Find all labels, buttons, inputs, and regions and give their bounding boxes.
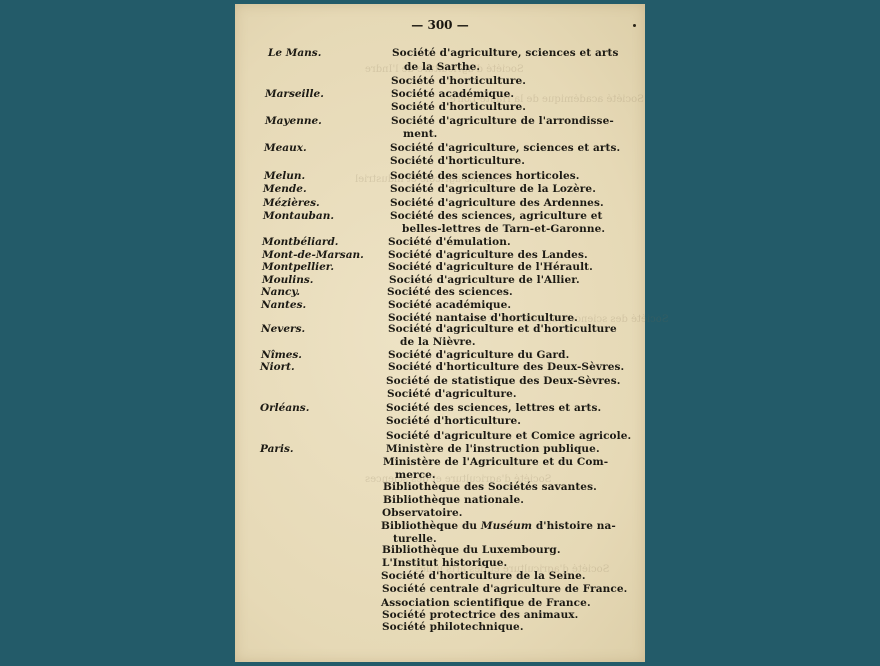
society-entry: L'Institut historique.	[382, 557, 507, 569]
city-name: Montauban.	[263, 210, 334, 222]
society-entry: Société d'agriculture, sciences et arts	[392, 47, 619, 59]
society-entry: Société d'horticulture des Deux-Sèvres.	[388, 361, 624, 373]
society-entry: Société d'agriculture des Ardennes.	[390, 197, 604, 209]
society-entry: Société d'agriculture et d'horticulture	[388, 323, 617, 335]
society-entry: Ministère de l'instruction publique.	[386, 443, 600, 455]
society-entry: Bibliothèque du Muséum d'histoire na-	[381, 520, 616, 532]
society-entry: Société d'horticulture.	[386, 415, 521, 427]
city-name: Paris.	[260, 443, 294, 455]
society-entry: Société académique.	[391, 88, 514, 100]
city-name: Niort.	[260, 361, 295, 373]
society-entry-continuation: de la Nièvre.	[400, 336, 476, 348]
society-entry: Société d'émulation.	[388, 236, 511, 248]
society-entry: Société protectrice des animaux.	[382, 609, 578, 621]
city-name: Melun.	[264, 170, 305, 182]
city-name: Montbéliard.	[262, 236, 338, 248]
society-entry: Société d'agriculture de l'Hérault.	[388, 261, 593, 273]
society-entry: Société d'horticulture.	[391, 75, 526, 87]
city-name: Montpellier.	[262, 261, 334, 273]
society-entry-continuation: de la Sarthe.	[404, 61, 480, 73]
city-name: Orléans.	[260, 402, 309, 414]
society-entry-continuation: belles-lettres de Tarn-et-Garonne.	[402, 223, 605, 235]
ink-speck	[633, 24, 636, 27]
society-entry: Bibliothèque du Luxembourg.	[382, 544, 561, 556]
city-name: Mézières.	[263, 197, 320, 209]
scanned-page: — 300 — Société d'agriculture de l'Indre…	[235, 4, 645, 662]
society-entry: Société académique.	[388, 299, 511, 311]
society-entry: Société d'agriculture des Landes.	[388, 249, 588, 261]
city-name: Meaux.	[264, 142, 307, 154]
city-name: Nîmes.	[261, 349, 302, 361]
society-entry: Société d'horticulture.	[391, 101, 526, 113]
city-name: Mende.	[263, 183, 307, 195]
city-name: Mont-de-Marsan.	[262, 249, 364, 261]
society-entry: Société d'agriculture, sciences et arts.	[390, 142, 620, 154]
society-entry-continuation: merce.	[395, 469, 436, 481]
society-entry: Bibliothèque nationale.	[383, 494, 524, 506]
society-entry: Société des sciences, lettres et arts.	[386, 402, 601, 414]
society-entry: Société centrale d'agriculture de France…	[382, 583, 627, 595]
city-name: Moulins.	[262, 274, 313, 286]
city-name: Le Mans.	[268, 47, 321, 59]
society-entry: Association scientifique de France.	[381, 597, 591, 609]
society-entry: Société d'agriculture de l'Allier.	[389, 274, 580, 286]
page-number: — 300 —	[235, 18, 645, 32]
city-name: Mayenne.	[265, 115, 322, 127]
society-entry: Société d'agriculture du Gard.	[388, 349, 569, 361]
city-name: Nantes.	[261, 299, 306, 311]
society-entry: Société de statistique des Deux-Sèvres.	[386, 375, 620, 387]
society-entry: Société d'agriculture.	[387, 388, 517, 400]
society-entry: Société d'agriculture de l'arrondisse-	[391, 115, 614, 127]
society-entry: Société des sciences.	[387, 286, 513, 298]
society-entry: Ministère de l'Agriculture et du Com-	[383, 456, 608, 468]
society-entry: Société d'horticulture.	[390, 155, 525, 167]
society-entry: Société des sciences horticoles.	[390, 170, 580, 182]
society-entry: Société philotechnique.	[382, 621, 524, 633]
city-name: Marseille.	[265, 88, 324, 100]
city-name: Nevers.	[261, 323, 305, 335]
society-entry: Observatoire.	[382, 507, 463, 519]
society-entry-continuation: ment.	[403, 128, 437, 140]
society-entry: Société d'agriculture et Comice agricole…	[386, 430, 631, 442]
society-entry: Société d'agriculture de la Lozère.	[390, 183, 596, 195]
city-name: Nancy.	[261, 286, 300, 298]
society-entry: Société d'horticulture de la Seine.	[381, 570, 586, 582]
society-entry: Bibliothèque des Sociétés savantes.	[383, 481, 597, 493]
society-entry: Société des sciences, agriculture et	[390, 210, 603, 222]
